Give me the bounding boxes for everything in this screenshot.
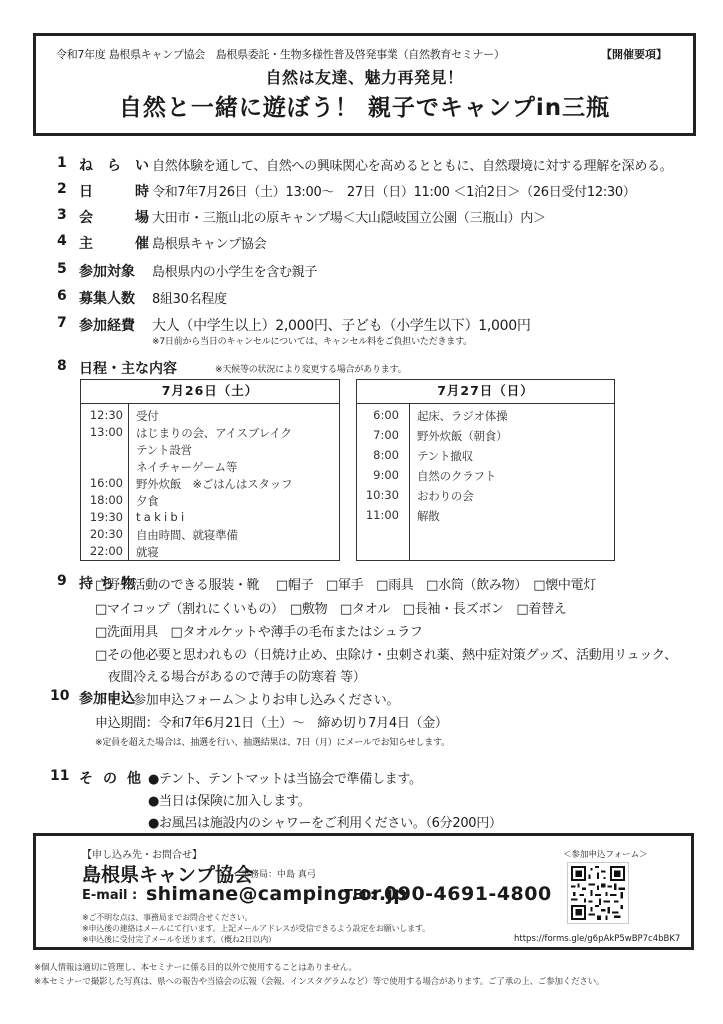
- footer-note: ※本セミナーで撮影した写真は、県への報告や当協会の広報（会報、インスタグラムなど…: [34, 975, 604, 987]
- schedule-row: 16:00野外炊飯 ※ごはんはスタッフ: [81, 476, 339, 493]
- section-label: ね ら い: [79, 155, 149, 175]
- schedule-row: 18:00夕食: [81, 493, 339, 510]
- section-number: 8: [57, 358, 67, 374]
- section-number: 4: [57, 233, 67, 249]
- schedule-row: 9:00自然のクラフト: [357, 468, 614, 485]
- section-number: 6: [57, 288, 67, 304]
- contact-note: ※ご不明な点は、事務局までお問合せください。: [82, 912, 252, 923]
- other-bullet: ●テント、テントマットは当協会で準備します。: [148, 768, 422, 787]
- belongings-line: □マイコップ（割れにくいもの） □敷物 □タオル □長袖・長ズボン □着替え: [95, 598, 566, 617]
- section-value: 大田市・三瓶山北の原キャンプ場＜大山隠岐国立公園（三瓶山）内＞: [152, 207, 546, 226]
- section-label: 主 催: [79, 233, 149, 253]
- schedule-row: 20:30自由時間、就寝準備: [81, 527, 339, 544]
- section-value: 令和7年7月26日（土）13:00～ 27日（日）11:00 ＜1泊2日＞（26…: [152, 181, 636, 200]
- schedule-row: 22:00就寝: [81, 544, 339, 561]
- schedule-day2: 7月27日（日） 6:00起床、ラジオ体操 7:00野外炊飯（朝食） 8:00テ…: [356, 379, 615, 561]
- section-label: 日 時: [79, 181, 149, 201]
- header-subtitle: 令和7年度 島根県キャンプ協会 島根県委託・生物多様性普及啓発事業（自然教育セミ…: [56, 46, 505, 62]
- section-label: 日程・主な内容: [79, 358, 177, 378]
- schedule-date: 7月27日（日）: [357, 380, 614, 404]
- page-title: 自然と一緒に遊ぼう！ 親子でキャンプin三瓶: [36, 89, 693, 122]
- belongings-line: □野外活動のできる服装・靴 □帽子 □軍手 □雨具 □水筒（飲み物） □懐中電灯: [95, 574, 596, 593]
- other-bullet: ●お風呂は施設内のシャワーをご利用ください。（6分200円）: [148, 812, 502, 831]
- section-number: 5: [57, 261, 67, 277]
- section-number: 1: [57, 155, 67, 171]
- schedule-date: 7月26日（土）: [81, 380, 339, 404]
- schedule-row: 19:30t a k i b i: [81, 510, 339, 527]
- belongings-line: 夜間冷える場合があるので薄手の防寒着 等）: [95, 666, 366, 685]
- schedule-day1: 7月26日（土） 12:30受付 13:00はじまりの会、アイスブレイク テント…: [80, 379, 340, 561]
- application-line: 下記＜参加申込フォーム＞よりお申し込みください。: [95, 689, 399, 708]
- qr-code-icon[interactable]: [567, 862, 629, 924]
- tel-label: TEL:: [344, 888, 375, 903]
- schedule-row: 13:00はじまりの会、アイスブレイク: [81, 425, 339, 442]
- section-number: 2: [57, 181, 67, 197]
- section-number: 3: [57, 207, 67, 223]
- section-label: 募集人数: [79, 288, 149, 308]
- header-tag: 【開催要項】: [601, 46, 667, 62]
- section-number: 7: [57, 315, 67, 331]
- section-label: 会 場: [79, 207, 149, 227]
- section-number: 11: [50, 768, 69, 784]
- schedule-row: 6:00起床、ラジオ体操: [357, 408, 614, 425]
- section-number: 9: [57, 573, 67, 589]
- schedule-row: 7:00野外炊飯（朝食）: [357, 428, 614, 445]
- schedule-row: 11:00解散: [357, 508, 614, 525]
- contact-label: 【申し込み先・お問合せ】: [82, 846, 202, 861]
- section-number: 10: [50, 688, 69, 704]
- contact-box: 【申し込み先・お問合せ】 島根県キャンプ協会 事務局：中島 真弓 E-mail …: [33, 833, 694, 950]
- qr-label: ＜参加申込フォーム＞: [563, 848, 648, 860]
- section-value: 島根県内の小学生を含む親子: [152, 261, 317, 280]
- schedule-row: 10:30おわりの会: [357, 488, 614, 505]
- application-note: ※定員を超えた場合は、抽選を行い、抽選結果は、7日（月）にメールでお知らせします…: [95, 735, 450, 748]
- section-label: 参加対象: [79, 261, 149, 281]
- footer-note: ※個人情報は適切に管理し、本セミナーに係る目的以外で使用することはありません。: [34, 961, 357, 973]
- schedule-row: テント設営: [81, 442, 339, 459]
- application-period: 申込期間：令和7年6月21日（土）～ 締め切り7月4日（金）: [95, 712, 448, 731]
- schedule-row: 8:00テント撤収: [357, 448, 614, 465]
- contact-note: ※申込後に受付完了メールを送ります。（概ね2日以内）: [82, 934, 276, 945]
- contact-note: ※申込後の連絡はメールにて行います。上記メールアドレスが受信できるよう設定をお願…: [82, 923, 430, 934]
- section-value: 島根県キャンプ協会: [152, 233, 266, 252]
- section-label: 参加経費: [79, 315, 149, 335]
- schedule-row: 12:30受付: [81, 408, 339, 425]
- other-bullet: ●当日は保険に加入します。: [148, 790, 310, 809]
- tel-link[interactable]: 090-4691-4800: [384, 883, 552, 905]
- fee-note: ※7日前から当日のキャンセルについては、キャンセル料をご負担いただきます。: [152, 334, 472, 347]
- email-label: E-mail :: [82, 888, 137, 903]
- section-value: 自然体験を通して、自然への興味関心を高めるとともに、自然環境に対する理解を深める…: [152, 155, 672, 174]
- section-value: 8組30名程度: [152, 288, 227, 307]
- catchphrase: 自然は友達、魅力再発見！: [36, 65, 693, 88]
- belongings-line: □洗面用具 □タオルケットや薄手の毛布またはシュラフ: [95, 621, 423, 640]
- belongings-line: □その他必要と思われもの（日焼け止め、虫除け・虫刺され薬、熱中症対策グッズ、活動…: [95, 644, 677, 663]
- header-box: 令和7年度 島根県キャンプ協会 島根県委託・生物多様性普及啓発事業（自然教育セミ…: [33, 33, 696, 136]
- schedule-row: ネイチャーゲーム等: [81, 459, 339, 476]
- form-url-link[interactable]: https://forms.gle/g6pAkP5wBP7c4bBK7: [514, 934, 680, 944]
- section-label: そ の 他: [79, 768, 141, 788]
- section-value: 大人（中学生以上）2,000円、子ども（小学生以下）1,000円: [152, 315, 531, 335]
- schedule-note: ※天候等の状況により変更する場合があります。: [215, 362, 406, 375]
- contact-staff: 事務局：中島 真弓: [241, 867, 316, 880]
